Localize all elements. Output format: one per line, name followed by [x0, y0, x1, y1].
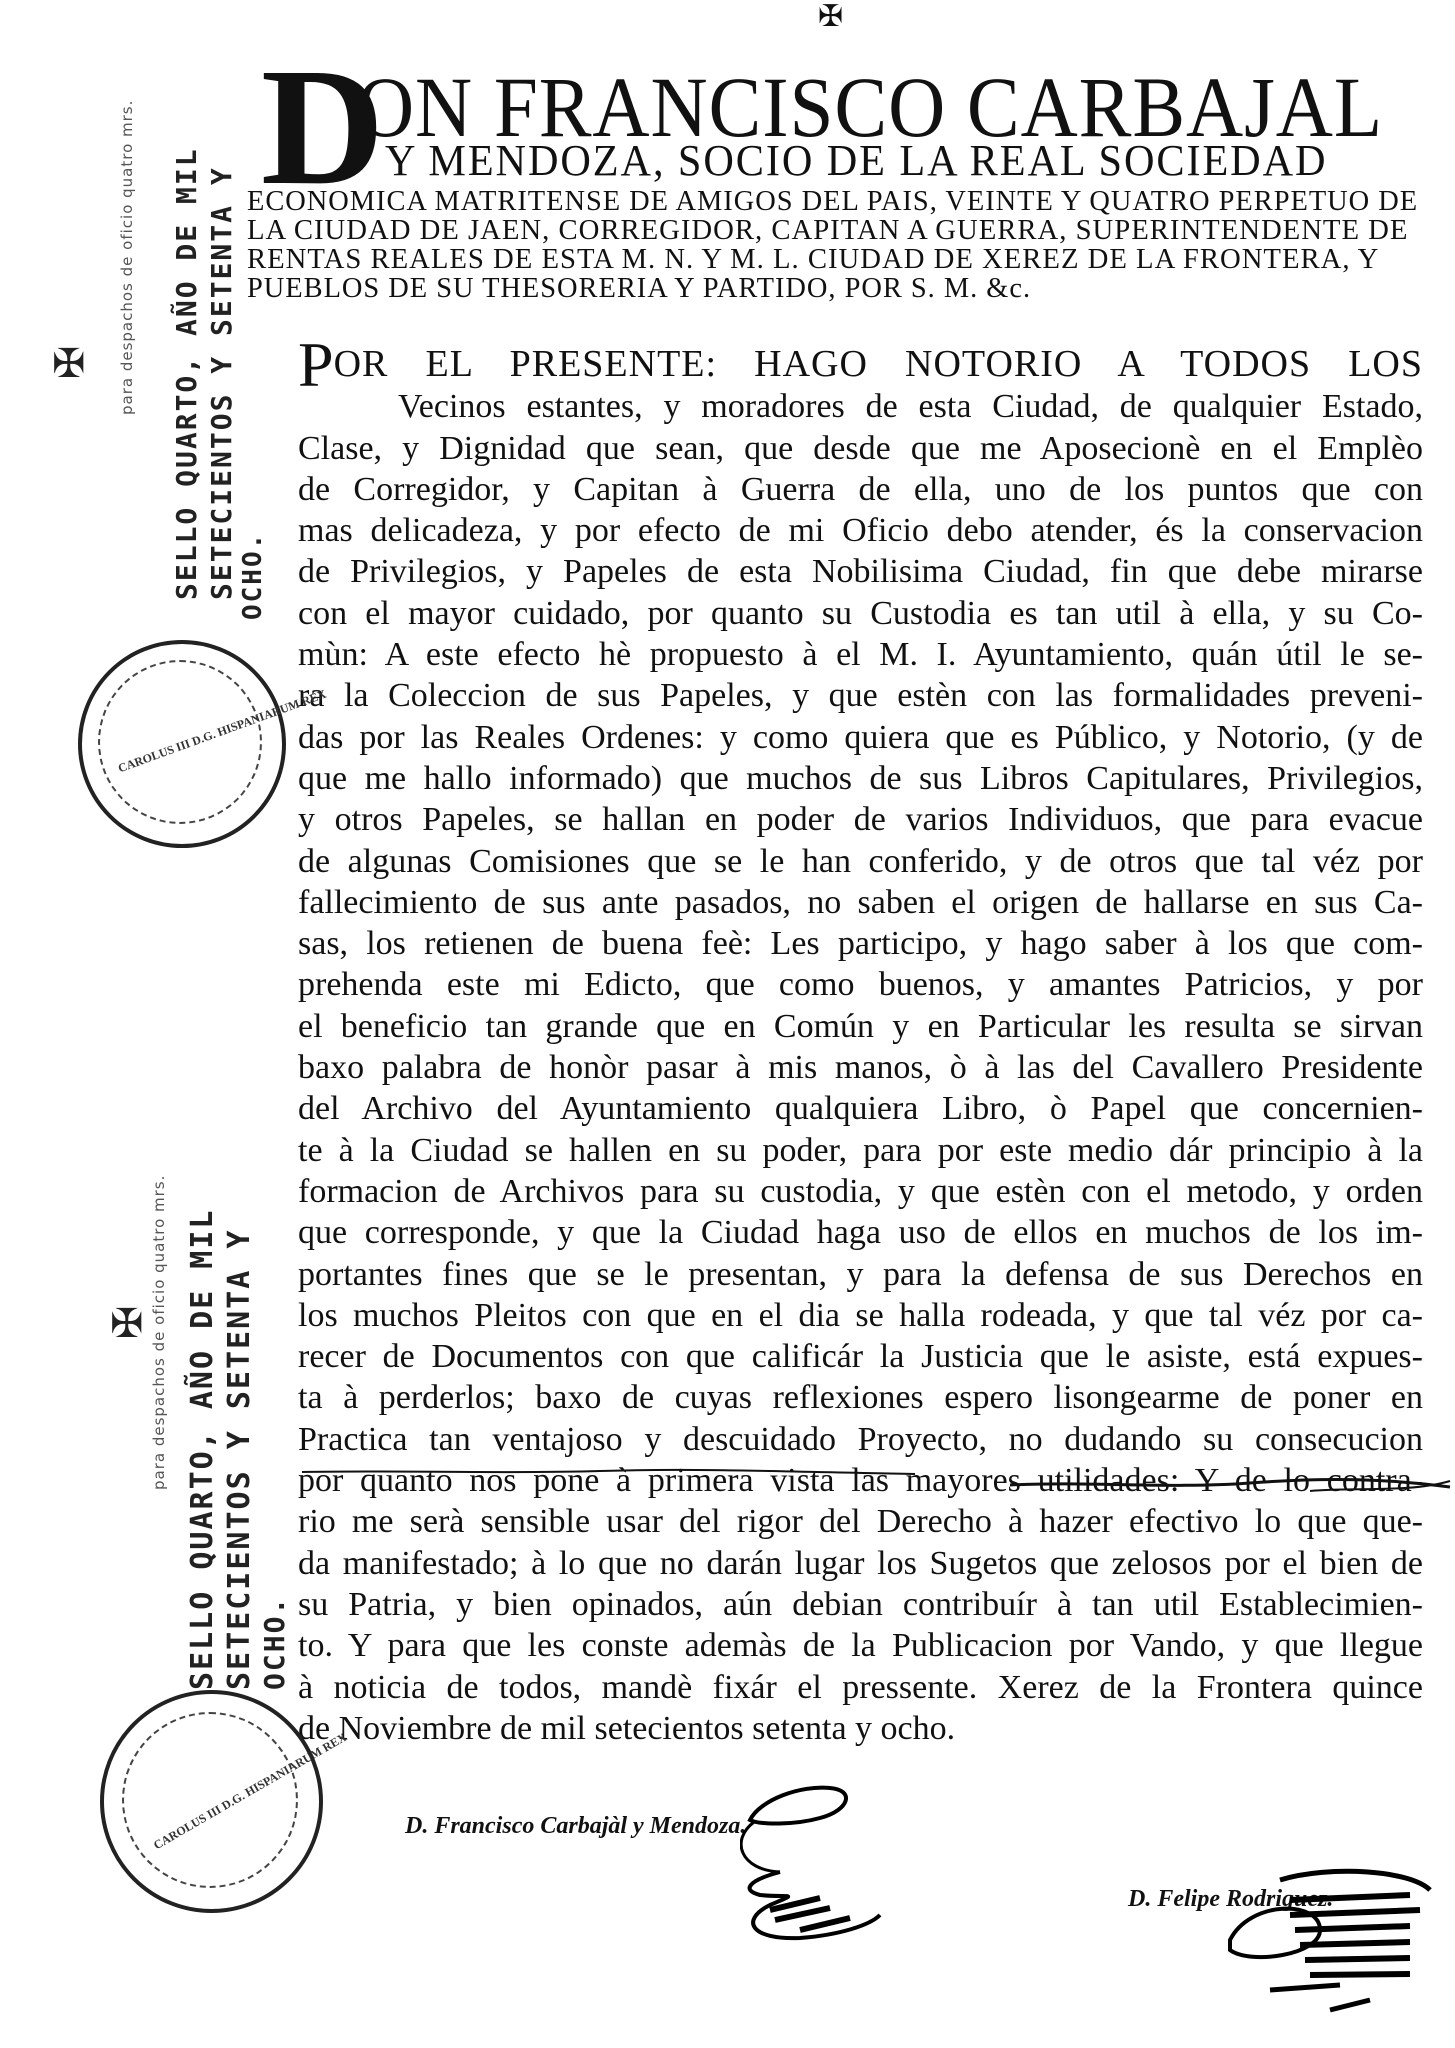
- body-line: de Privilegios, y Papeles de esta Nobili…: [298, 551, 1423, 592]
- body-line: Vecinos estantes, y moradores de esta Ci…: [298, 386, 1423, 427]
- body-line: mùn: A este efecto hè propuesto à el M. …: [298, 634, 1423, 675]
- body-line: Clase, y Dignidad que sean, que desde qu…: [298, 428, 1423, 469]
- body-line: el beneficio tan grande que en Común y e…: [298, 1006, 1423, 1047]
- body-line: te à la Ciudad se hallen en su poder, pa…: [298, 1130, 1423, 1171]
- body-line: baxo palabra de honòr pasar à mis manos,…: [298, 1047, 1423, 1088]
- margin-cross-upper-icon: ✠: [52, 340, 86, 387]
- body-line-struck: Practica tan ventajoso y descuidado Proy…: [298, 1419, 1423, 1460]
- margin-cross-lower-icon: ✠: [110, 1300, 144, 1347]
- header-line-2: LA CIUDAD DE JAEN, CORREGIDOR, CAPITAN A…: [247, 215, 1408, 245]
- royal-seal-lower: CAROLUS III D.G. HISPANIARUM REX: [100, 1690, 323, 1913]
- body-line: mas delicadeza, y por efecto de mi Ofici…: [298, 510, 1423, 551]
- body-line: su Patria, y bien opinados, aún debian c…: [298, 1584, 1423, 1625]
- body-line: das por las Reales Ordenes: y como quier…: [298, 717, 1423, 758]
- body-last-line: de Noviembre de mil setecientos setenta …: [298, 1708, 1423, 1749]
- stamp-lower-line-3: OCHO.: [258, 1596, 291, 1690]
- signature-carbajal: D. Francisco Carbajàl y Mendoza.: [405, 1813, 746, 1840]
- body-line: formacion de Archivos para su custodia, …: [298, 1171, 1423, 1212]
- top-cross-ornament-icon: ✠: [818, 2, 843, 32]
- body-line: ra la Coleccion de sus Papeles, y que es…: [298, 675, 1423, 716]
- header-line-4: PUEBLOS DE SU THESORERIA Y PARTIDO, POR …: [247, 273, 1031, 303]
- stamp-lower-small-text: para despachos de oficio quatro mrs.: [150, 1175, 168, 1490]
- body-line: de Corregidor, y Capitan à Guerra de ell…: [298, 469, 1423, 510]
- body-line: de algunas Comisiones que se le han conf…: [298, 841, 1423, 882]
- body-line: da manifestado; à lo que no darán lugar …: [298, 1543, 1423, 1584]
- signature-rubric-icon: [1210, 1860, 1455, 2030]
- header-line-3: RENTAS REALES DE ESTA M. N. Y M. L. CIUD…: [247, 244, 1379, 274]
- body-line: del Archivo del Ayuntamiento qualquiera …: [298, 1088, 1423, 1129]
- edict-body: POR EL PRESENTE: HAGO NOTORIO A TODOS LO…: [298, 344, 1423, 1749]
- stamp-upper-small-text: para despachos de oficio quatro mrs.: [118, 100, 136, 415]
- body-first-line: POR EL PRESENTE: HAGO NOTORIO A TODOS LO…: [298, 344, 1423, 386]
- header-subtitle: Y MENDOZA, SOCIO DE LA REAL SOCIEDAD: [385, 138, 1327, 184]
- royal-seal-upper: CAROLUS III D.G. HISPANIARUM REX: [78, 640, 286, 848]
- body-line: ta à perderlos; baxo de cuyas reflexione…: [298, 1377, 1423, 1418]
- body-heading: OR EL PRESENTE: HAGO NOTORIO A TODOS LOS: [334, 343, 1423, 385]
- body-line: fallecimiento de sus ante pasados, no sa…: [298, 882, 1423, 923]
- body-line: to. Y para que les conste ademàs de la P…: [298, 1625, 1423, 1666]
- body-line: rio me serà sensible usar del rigor del …: [298, 1501, 1423, 1542]
- body-line: recer de Documentos con que calificár la…: [298, 1336, 1423, 1377]
- header-line-1: ECONOMICA MATRITENSE DE AMIGOS DEL PAIS,…: [247, 186, 1418, 216]
- stamp-upper-line-3: OCHO.: [238, 532, 268, 620]
- body-line: sas, los retienen de buena feè: Les part…: [298, 923, 1423, 964]
- body-drop-cap: P: [298, 329, 334, 400]
- body-line: que corresponde, y que la Ciudad haga us…: [298, 1212, 1423, 1253]
- body-line: los muchos Pleitos con que en el dia se …: [298, 1295, 1423, 1336]
- signature-flourish-icon: [740, 1780, 920, 1960]
- stamp-upper-line-1: SELLO QUARTO, AÑO DE MIL: [170, 147, 203, 600]
- body-line: portantes fines que se le presentan, y p…: [298, 1254, 1423, 1295]
- ink-underline-stroke-icon: [1010, 1467, 1455, 1497]
- body-line: con el mayor cuidado, por quanto su Cust…: [298, 593, 1423, 634]
- body-line: que me hallo informado) que muchos de su…: [298, 758, 1423, 799]
- stamp-lower-line-1: SELLO QUARTO, AÑO DE MIL: [185, 1209, 220, 1690]
- ink-strike-stroke-icon: [300, 1466, 920, 1478]
- stamp-upper-line-2: SETECIENTOS Y SETENTA Y: [205, 166, 238, 600]
- stamp-lower-line-2: SETECIENTOS Y SETENTA Y: [222, 1229, 257, 1690]
- body-line: prehenda este mi Edicto, que como buenos…: [298, 964, 1423, 1005]
- body-line: y otros Papeles, se hallan en poder de v…: [298, 799, 1423, 840]
- body-line: à noticia de todos, mandè fixár el press…: [298, 1667, 1423, 1708]
